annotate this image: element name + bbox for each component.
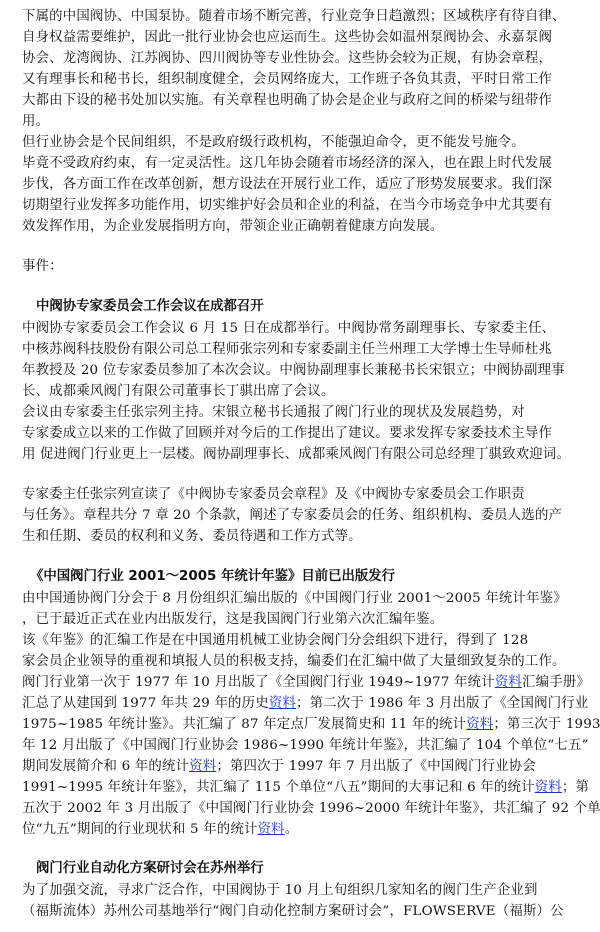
event-2-p3-line-1: 阀门行业第一次于 1977 年 10 月出版了《全国阀门行业 1949~1977… (22, 672, 590, 693)
event-1-p1-line-2: 中核苏阀科技股份有限公司总工程师张宗列和专家委副主任兰州理工大学博士生导师杜兆 (22, 339, 552, 360)
event-1-p2-line-1: 会议由专家委主任张宗列主持。宋银立秘书长通报了阀门行业的现状及发展趋势，对 (22, 402, 525, 423)
event-1-p2-line-3: 用 促进阀门行业更上一层楼。阀协副理事长、成都乘风阀门有限公司总经理丁骐致欢迎词… (22, 444, 570, 465)
text-segment: 位“九五”期间的行业现状和 5 年的统计 (22, 822, 258, 837)
event-2-p3-line-2: 汇总了从建国到 1977 年共 29 年的历史资料；第二次于 1986 年 3 … (22, 693, 588, 714)
event-1-p3-line-2: 与任务》。章程共分 7 章 20 个条款，阐述了专家委员会的任务、组织机构、委员… (22, 505, 562, 526)
text-segment: 1975~1985 年统计鉴》。共汇编了 87 年定点厂发展简史和 11 年的统… (22, 717, 466, 732)
text-segment: ；第二次于 1986 年 3 月出版了《全国阀门行业 (296, 696, 588, 711)
text-segment: ；第四次于 1997 年 7 月出版了《中国阀门行业协会 (216, 759, 536, 774)
intro-p2-line-2: 毕竟不受政府约束，有一定灵活性。这几年协会随着市场经济的深入，也在跟上时代发展 (22, 153, 552, 174)
event-1-p1-line-4: 长、成都乘风阀门有限公司董事长丁骐出席了会议。 (22, 381, 335, 402)
event-2-p2-line-1: 该《年鉴》的汇编工作是在中国通用机械工业协会阀门分会组织下进行，得到了 128 (22, 630, 528, 651)
intro-p1-line-5: 大都由下设的秘书处加以实施。有关章程也明确了协会是企业与政府之间的桥梁与纽带作 (22, 90, 552, 111)
event-2-p2-line-2: 家会员企业领导的重视和填报人员的积极支持，编委们在汇编中做了大量细致复杂的工作。 (22, 651, 566, 672)
intro-p1-line-2: 自身权益需要维护，因此一批行业协会也应运而生。这些协会如温州泵阀协会、永嘉泵阀 (22, 27, 552, 48)
intro-p2-line-5: 效发挥作用，为企业发展指明方向，带领企业正确朝着健康方向发展。 (22, 216, 443, 237)
event-3-p1-line-1: 为了加强交流，寻求广泛合作，中国阀协于 10 月上旬组织几家知名的阀门生产企业到 (22, 880, 538, 901)
text-segment: 期间发展简介和 6 年的统计 (22, 759, 189, 774)
event-1-p3-line-1: 专家委主任张宗列宣读了《中阀协专家委员会章程》及《中阀协专家委员会工作职责 (22, 484, 525, 505)
document-page: 下属的中国阀协、中国泵协。随着市场不断完善，行业竞争日趋激烈；区域秩序有待自律、… (0, 0, 600, 932)
intro-p1-line-6: 用。 (22, 111, 49, 132)
event-1-p1-line-1: 中阀协专家委员会工作会议 6 月 15 日在成都举行。中阀协常务副理事长、专家委… (22, 318, 555, 339)
intro-p2-line-4: 切期望行业发挥多功能作用，切实维护好会员和企业的利益，在当今市场竞争中尤其要有 (22, 195, 552, 216)
text-segment: 。 (285, 822, 299, 837)
event-1-p1-line-3: 年教授及 20 位专家委员参加了本次会议。中阀协副理事长兼秘书长宋银立；中阀协副… (22, 360, 565, 381)
events-label: 事件： (22, 256, 63, 277)
text-segment: 1991~1995 年统计年鉴》，共汇编了 115 个单位“八五”期间的大事记和… (22, 780, 535, 795)
event-2-p3-line-3: 1975~1985 年统计鉴》。共汇编了 87 年定点厂发展简史和 11 年的统… (22, 714, 600, 735)
event-2-p3-line-6: 1991~1995 年统计年鉴》，共汇编了 115 个单位“八五”期间的大事记和… (22, 777, 589, 798)
intro-p1-line-1: 下属的中国阀协、中国泵协。随着市场不断完善，行业竞争日趋激烈；区域秩序有待自律、 (22, 6, 566, 27)
event-2-p1-line-2: ，已于最近正式在业内出版发行，这是我国阀门行业第六次汇编年鉴。 (22, 609, 443, 630)
ziliao-link[interactable]: 资料 (466, 717, 493, 732)
event-2-p3-line-5: 期间发展简介和 6 年的统计资料；第四次于 1997 年 7 月出版了《中国阀门… (22, 756, 536, 777)
text-segment: 汇总了从建国到 1977 年共 29 年的历史 (22, 696, 269, 711)
ziliao-link[interactable]: 资料 (535, 780, 562, 795)
event-3-title: 阀门行业自动化方案研讨会在苏州举行 (36, 858, 264, 879)
text-segment: ；第三次于 1993 (493, 717, 600, 732)
event-2-p1-line-1: 由中国通协阀门分会于 8 月份组织汇编出版的《中国阀门行业 2001～2005 … (22, 588, 567, 609)
event-2-p3-line-8: 位“九五”期间的行业现状和 5 年的统计资料。 (22, 819, 298, 840)
text-segment: 阀门行业第一次于 1977 年 10 月出版了《全国阀门行业 1949~1977… (22, 675, 495, 690)
event-1-p3-line-3: 生和任期、委员的权利和义务、委员待遇和工作方式等。 (22, 526, 362, 547)
intro-p2-line-3: 步伐，各方面工作在改革创新，想方设法在开展行业工作，适应了形势发展要求。我们深 (22, 174, 552, 195)
text-segment: 汇编手册》 (522, 675, 590, 690)
intro-p2-line-1: 但行业协会是个民间组织，不是政府级行政机构，不能强迫命令，更不能发号施令。 (22, 132, 525, 153)
intro-p1-line-3: 协会、龙湾阀协、江苏阀协、四川阀协等专业性协会。这些协会较为正规，有协会章程， (22, 48, 552, 69)
event-2-p3-line-4: 年 12 月出版了《中国阀门行业协会 1986~1990 年统计年鉴》，共汇编了… (22, 735, 589, 756)
ziliao-link[interactable]: 资料 (495, 675, 522, 690)
intro-p1-line-4: 又有理事长和秘书长，组织制度健全，会员网络庞大，工作班子各负其责，平时日常工作 (22, 69, 552, 90)
event-1-p2-line-2: 专家委成立以来的工作做了回顾并对今后的工作提出了建议。要求发挥专家委技术主导作 (22, 423, 552, 444)
event-1-title: 中阀协专家委员会工作会议在成都召开 (36, 296, 264, 317)
text-segment: ；第 (562, 780, 589, 795)
ziliao-link[interactable]: 资料 (258, 822, 285, 837)
ziliao-link[interactable]: 资料 (189, 759, 216, 774)
ziliao-link[interactable]: 资料 (269, 696, 296, 711)
event-2-p3-line-7: 五次于 2002 年 3 月出版了《中国阀门行业协会 1996~2000 年统计… (22, 798, 600, 819)
event-3-p1-line-2: （福斯流体）苏州公司基地举行“阀门自动化控制方案研讨会”，FLOWSERVE（福… (22, 901, 564, 922)
event-2-title: 《中国阀门行业 2001～2005 年统计年鉴》目前已出版发行 (30, 566, 395, 587)
